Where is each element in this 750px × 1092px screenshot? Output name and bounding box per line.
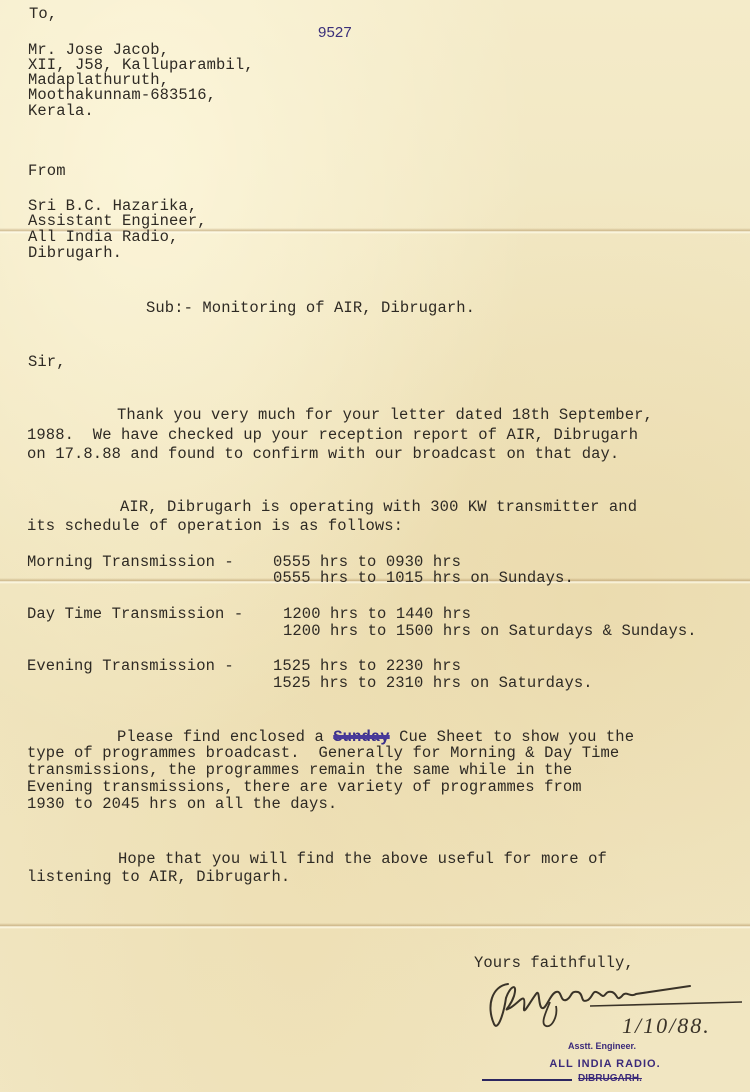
- address-line: Moothakunnam-683516,: [28, 88, 216, 103]
- text-line: AIR, Dibrugarh is operating with 300 KW …: [26, 500, 637, 515]
- schedule-time: 0555 hrs to 1015 hrs on Sundays.: [273, 571, 574, 586]
- text-line: Please find enclosed a Sunday Cue Sheet …: [23, 730, 634, 745]
- text-line: 1930 to 2045 hrs on all the days.: [27, 797, 337, 812]
- address-line: All India Radio,: [28, 230, 178, 245]
- closing: Yours faithfully,: [474, 956, 634, 971]
- schedule-time: 1200 hrs to 1500 hrs on Saturdays & Sund…: [283, 624, 697, 639]
- schedule-time: 1525 hrs to 2310 hrs on Saturdays.: [273, 676, 593, 691]
- schedule-time: 1200 hrs to 1440 hrs: [283, 607, 471, 622]
- text-line: Thank you very much for your letter date…: [23, 408, 653, 423]
- text-line: type of programmes broadcast. Generally …: [27, 746, 619, 761]
- schedule-time: 1525 hrs to 2230 hrs: [273, 659, 461, 674]
- address-line: Dibrugarh.: [28, 246, 122, 261]
- address-line: Kerala.: [28, 104, 94, 119]
- paper-fold-crease: [0, 923, 750, 929]
- stamp-line: DIBRUGARH.: [560, 1073, 660, 1084]
- salutation: Sir,: [28, 355, 66, 370]
- text-line: Hope that you will find the above useful…: [24, 852, 607, 867]
- stamp-line: ALL INDIA RADIO.: [535, 1058, 675, 1070]
- text-line: 1988. We have checked up your reception …: [27, 428, 638, 443]
- text-line: transmissions, the programmes remain the…: [27, 763, 572, 778]
- text-line: its schedule of operation is as follows:: [27, 519, 403, 534]
- text-line: Evening transmissions, there are variety…: [27, 780, 582, 795]
- text-line: on 17.8.88 and found to confirm with our…: [27, 447, 619, 462]
- address-line: Assistant Engineer,: [28, 214, 207, 229]
- subject-line: Sub:- Monitoring of AIR, Dibrugarh.: [146, 301, 475, 316]
- schedule-label: Evening Transmission -: [27, 659, 243, 674]
- to-label: To,: [29, 7, 57, 22]
- stamp-underline: [482, 1079, 572, 1081]
- signature-date: 1/10/88.: [622, 1018, 711, 1033]
- schedule-time: 0555 hrs to 0930 hrs: [273, 555, 461, 570]
- stamp-line: Asstt. Engineer.: [552, 1041, 652, 1051]
- schedule-label: Morning Transmission -: [27, 555, 243, 570]
- text-line: listening to AIR, Dibrugarh.: [27, 870, 290, 885]
- from-label: From: [28, 164, 66, 179]
- schedule-label: Day Time Transmission -: [27, 607, 253, 622]
- reference-number: 9527: [318, 25, 352, 40]
